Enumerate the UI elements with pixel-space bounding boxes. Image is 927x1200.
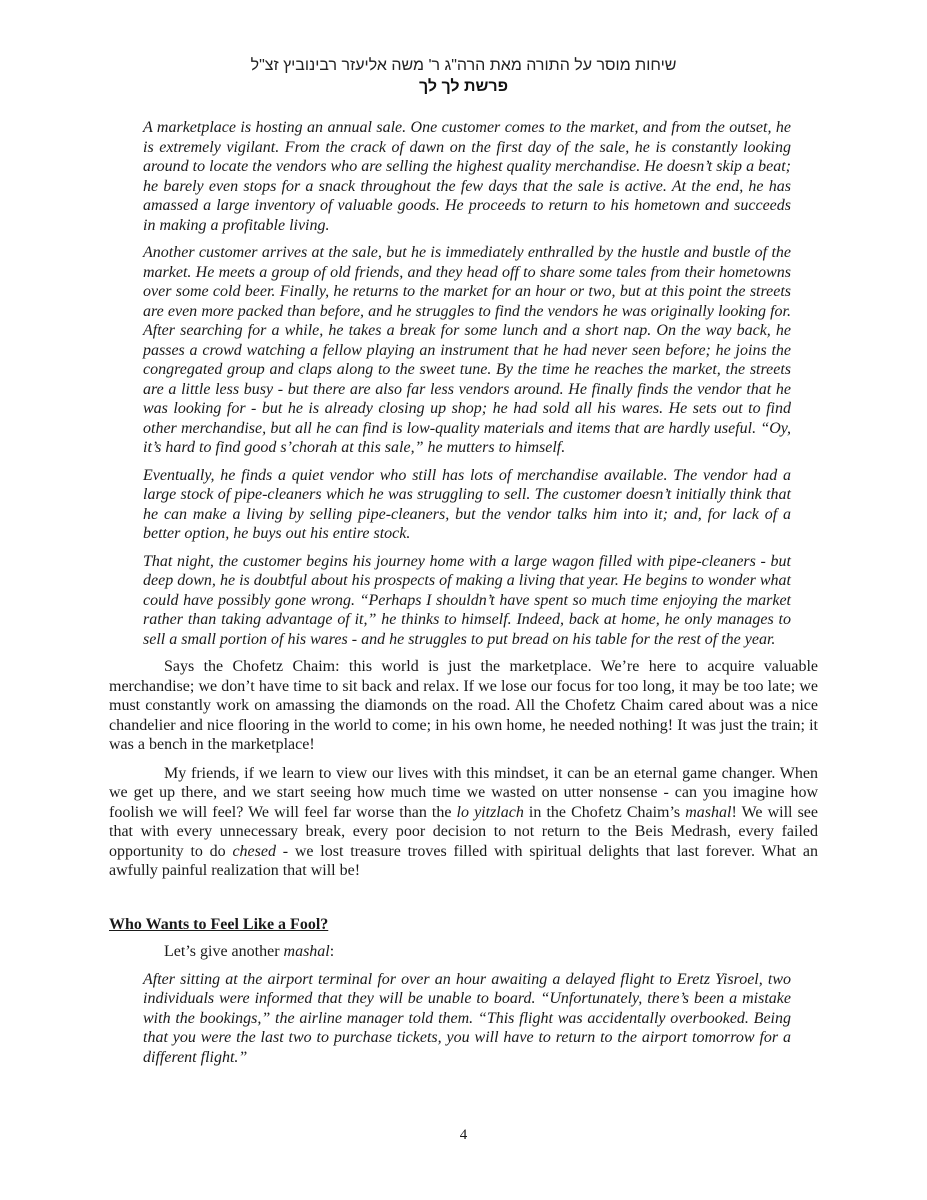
body-paragraph-2: My friends, if we learn to view our live…	[109, 764, 818, 881]
body-text: in the Chofetz Chaim’s	[524, 804, 685, 821]
body-paragraph-1: Says the Chofetz Chaim: this world is ju…	[109, 657, 818, 755]
mashal-paragraph-3: Eventually, he finds a quiet vendor who …	[143, 466, 791, 544]
mashal-paragraph-1: A marketplace is hosting an annual sale.…	[143, 118, 791, 235]
italic-term: mashal	[685, 804, 731, 821]
italic-term: mashal	[284, 943, 330, 960]
section-intro: Let’s give another mashal:	[109, 942, 818, 962]
header-title-line1: שיחות מוסר על התורה מאת הרה"ג ר' משה אלי…	[0, 55, 927, 76]
section-heading: Who Wants to Feel Like a Fool?	[109, 915, 818, 935]
italic-term: lo yitzlach	[457, 804, 524, 821]
body-text: Let’s give another	[164, 943, 284, 960]
header-parsha-title: פרשת לך לך	[0, 76, 927, 98]
body-text: :	[330, 943, 334, 960]
mashal-paragraph-4: That night, the customer begins his jour…	[143, 552, 791, 650]
italic-term: chesed	[232, 843, 276, 860]
mashal-paragraph-airport: After sitting at the airport terminal fo…	[143, 970, 791, 1068]
mashal-paragraph-2: Another customer arrives at the sale, bu…	[143, 243, 791, 458]
page-number: 4	[0, 1127, 927, 1144]
page-header: שיחות מוסר על התורה מאת הרה"ג ר' משה אלי…	[0, 55, 927, 98]
page-content: A marketplace is hosting an annual sale.…	[109, 118, 818, 1075]
